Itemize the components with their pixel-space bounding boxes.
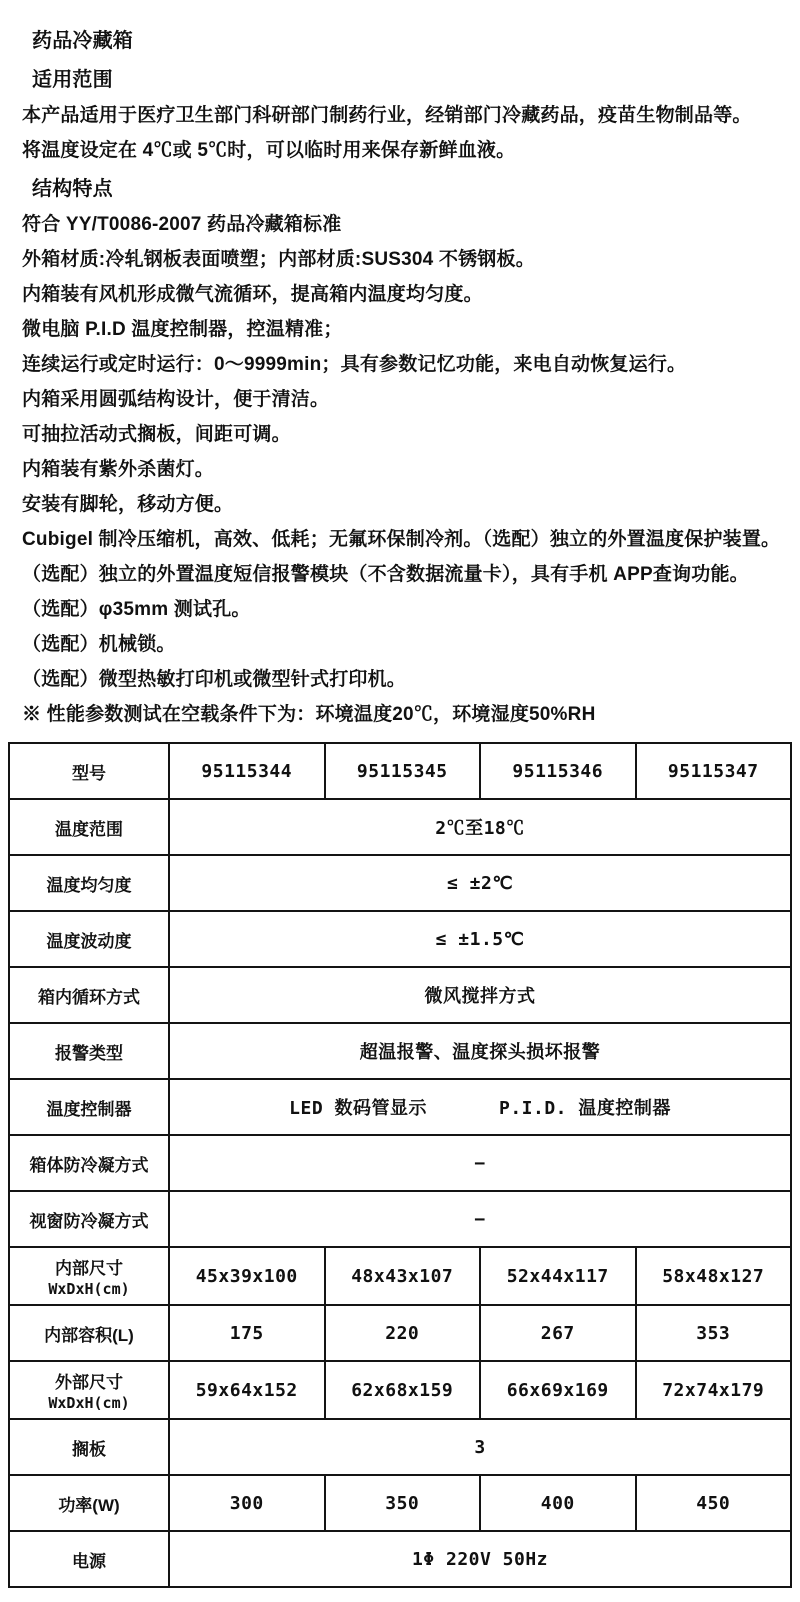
- spec-row-temp-uniformity: 温度均匀度≤ ±2℃: [9, 855, 791, 911]
- option-mechanical-lock: （选配）机械锁。: [8, 627, 792, 662]
- cell-temp-uniformity-merged: ≤ ±2℃: [169, 855, 791, 911]
- spec-row-alarm-type: 报警类型超温报警、温度探头损坏报警: [9, 1023, 791, 1079]
- cell-power-model-3: 400: [480, 1475, 636, 1531]
- feature-material: 外箱材质:冷轧钢板表面喷塑；内部材质:SUS304 不锈钢板。: [8, 242, 792, 277]
- cell-inner-volume-model-4: 353: [636, 1305, 792, 1361]
- spec-row-temp-fluctuation: 温度波动度≤ ±1.5℃: [9, 911, 791, 967]
- feature-compressor: Cubigel 制冷压缩机，高效、低耗；无氟环保制冷剂。（选配）独立的外置温度保…: [8, 522, 792, 557]
- spec-document: 药品冷藏箱适用范围本产品适用于医疗卫生部门科研部门制药行业，经销部门冷藏药品，疫…: [0, 0, 800, 1602]
- test-condition-note: ※ 性能参数测试在空载条件下为：环境温度20℃，环境湿度50%RH: [8, 697, 792, 732]
- row-label-model: 型号: [9, 743, 169, 799]
- cell-inner-dimensions-model-2: 48x43x107: [325, 1247, 481, 1305]
- cell-window-anticondensation-merged: −: [169, 1191, 791, 1247]
- cell-cabinet-anticondensation-merged: −: [169, 1135, 791, 1191]
- spec-row-inner-volume: 内部容积(L)175220267353: [9, 1305, 791, 1361]
- intro-text-block: 药品冷藏箱适用范围本产品适用于医疗卫生部门科研部门制药行业，经销部门冷藏药品，疫…: [8, 24, 792, 742]
- feature-casters: 安装有脚轮，移动方便。: [8, 487, 792, 522]
- page-title: 药品冷藏箱: [8, 24, 792, 59]
- cell-power-model-4: 450: [636, 1475, 792, 1531]
- option-printer: （选配）微型热敏打印机或微型针式打印机。: [8, 662, 792, 697]
- row-label-power-supply: 电源: [9, 1531, 169, 1587]
- spec-row-outer-dimensions: 外部尺寸WxDxH(cm)59x64x15262x68x15966x69x169…: [9, 1361, 791, 1419]
- cell-power-model-1: 300: [169, 1475, 325, 1531]
- spec-row-power-supply: 电源1Φ 220V 50Hz: [9, 1531, 791, 1587]
- feature-standard: 符合 YY/T0086-2007 药品冷藏箱标准: [8, 207, 792, 242]
- cell-alarm-type-merged: 超温报警、温度探头损坏报警: [169, 1023, 791, 1079]
- feature-controller: 微电脑 P.I.D 温度控制器，控温精准；: [8, 312, 792, 347]
- feature-arc-interior: 内箱采用圆弧结构设计，便于清洁。: [8, 382, 792, 417]
- row-label-alarm-type: 报警类型: [9, 1023, 169, 1079]
- cell-inner-dimensions-model-4: 58x48x127: [636, 1247, 792, 1305]
- cell-model-model-1: 95115344: [169, 743, 325, 799]
- spec-row-circulation: 箱内循环方式微风搅拌方式: [9, 967, 791, 1023]
- cell-inner-dimensions-model-3: 52x44x117: [480, 1247, 636, 1305]
- cell-power-model-2: 350: [325, 1475, 481, 1531]
- option-test-hole: （选配）φ35mm 测试孔。: [8, 592, 792, 627]
- row-label-inner-volume: 内部容积(L): [9, 1305, 169, 1361]
- feature-shelves: 可抽拉活动式搁板，间距可调。: [8, 417, 792, 452]
- option-sms-alarm: （选配）独立的外置温度短信报警模块（不含数据流量卡），具有手机 APP查询功能。: [8, 557, 792, 592]
- cell-inner-volume-model-1: 175: [169, 1305, 325, 1361]
- row-label-controller: 温度控制器: [9, 1079, 169, 1135]
- spec-row-cabinet-anticondensation: 箱体防冷凝方式−: [9, 1135, 791, 1191]
- row-label-power: 功率(W): [9, 1475, 169, 1531]
- spec-row-power: 功率(W)300350400450: [9, 1475, 791, 1531]
- cell-outer-dimensions-model-3: 66x69x169: [480, 1361, 636, 1419]
- cell-shelves-merged: 3: [169, 1419, 791, 1475]
- row-label-temp-fluctuation: 温度波动度: [9, 911, 169, 967]
- section-features-heading: 结构特点: [8, 172, 792, 207]
- row-label-circulation: 箱内循环方式: [9, 967, 169, 1023]
- cell-temp-fluctuation-merged: ≤ ±1.5℃: [169, 911, 791, 967]
- spec-row-temp-range: 温度范围2℃至18℃: [9, 799, 791, 855]
- scope-line-2: 将温度设定在 4℃或 5℃时，可以临时用来保存新鲜血液。: [8, 133, 792, 168]
- spec-row-window-anticondensation: 视窗防冷凝方式−: [9, 1191, 791, 1247]
- row-label-window-anticondensation: 视窗防冷凝方式: [9, 1191, 169, 1247]
- cell-outer-dimensions-model-1: 59x64x152: [169, 1361, 325, 1419]
- row-label-temp-uniformity: 温度均匀度: [9, 855, 169, 911]
- spec-table-body: 型号95115344951153459511534695115347温度范围2℃…: [9, 743, 791, 1587]
- feature-uv-lamp: 内箱装有紫外杀菌灯。: [8, 452, 792, 487]
- cell-model-model-4: 95115347: [636, 743, 792, 799]
- cell-outer-dimensions-model-2: 62x68x159: [325, 1361, 481, 1419]
- cell-controller-merged: LED 数码管显示P.I.D. 温度控制器: [169, 1079, 791, 1135]
- row-label-temp-range: 温度范围: [9, 799, 169, 855]
- spec-table: 型号95115344951153459511534695115347温度范围2℃…: [8, 742, 792, 1588]
- section-scope-heading: 适用范围: [8, 63, 792, 98]
- cell-model-model-3: 95115346: [480, 743, 636, 799]
- cell-inner-volume-model-2: 220: [325, 1305, 481, 1361]
- row-label-shelves: 搁板: [9, 1419, 169, 1475]
- row-label-outer-dimensions: 外部尺寸WxDxH(cm): [9, 1361, 169, 1419]
- cell-controller-part-1: LED 数码管显示: [289, 1094, 427, 1120]
- cell-temp-range-merged: 2℃至18℃: [169, 799, 791, 855]
- row-label-inner-dimensions: 内部尺寸WxDxH(cm): [9, 1247, 169, 1305]
- cell-inner-volume-model-3: 267: [480, 1305, 636, 1361]
- row-label-cabinet-anticondensation: 箱体防冷凝方式: [9, 1135, 169, 1191]
- cell-outer-dimensions-model-4: 72x74x179: [636, 1361, 792, 1419]
- spec-row-shelves: 搁板3: [9, 1419, 791, 1475]
- scope-line-1: 本产品适用于医疗卫生部门科研部门制药行业，经销部门冷藏药品，疫苗生物制品等。: [8, 98, 792, 133]
- spec-row-model: 型号95115344951153459511534695115347: [9, 743, 791, 799]
- cell-circulation-merged: 微风搅拌方式: [169, 967, 791, 1023]
- cell-controller-part-2: P.I.D. 温度控制器: [499, 1094, 671, 1120]
- feature-fan: 内箱装有风机形成微气流循环，提高箱内温度均匀度。: [8, 277, 792, 312]
- cell-model-model-2: 95115345: [325, 743, 481, 799]
- spec-row-controller: 温度控制器LED 数码管显示P.I.D. 温度控制器: [9, 1079, 791, 1135]
- cell-power-supply-merged: 1Φ 220V 50Hz: [169, 1531, 791, 1587]
- feature-timer: 连续运行或定时运行：0～9999min；具有参数记忆功能，来电自动恢复运行。: [8, 347, 792, 382]
- cell-inner-dimensions-model-1: 45x39x100: [169, 1247, 325, 1305]
- spec-row-inner-dimensions: 内部尺寸WxDxH(cm)45x39x10048x43x10752x44x117…: [9, 1247, 791, 1305]
